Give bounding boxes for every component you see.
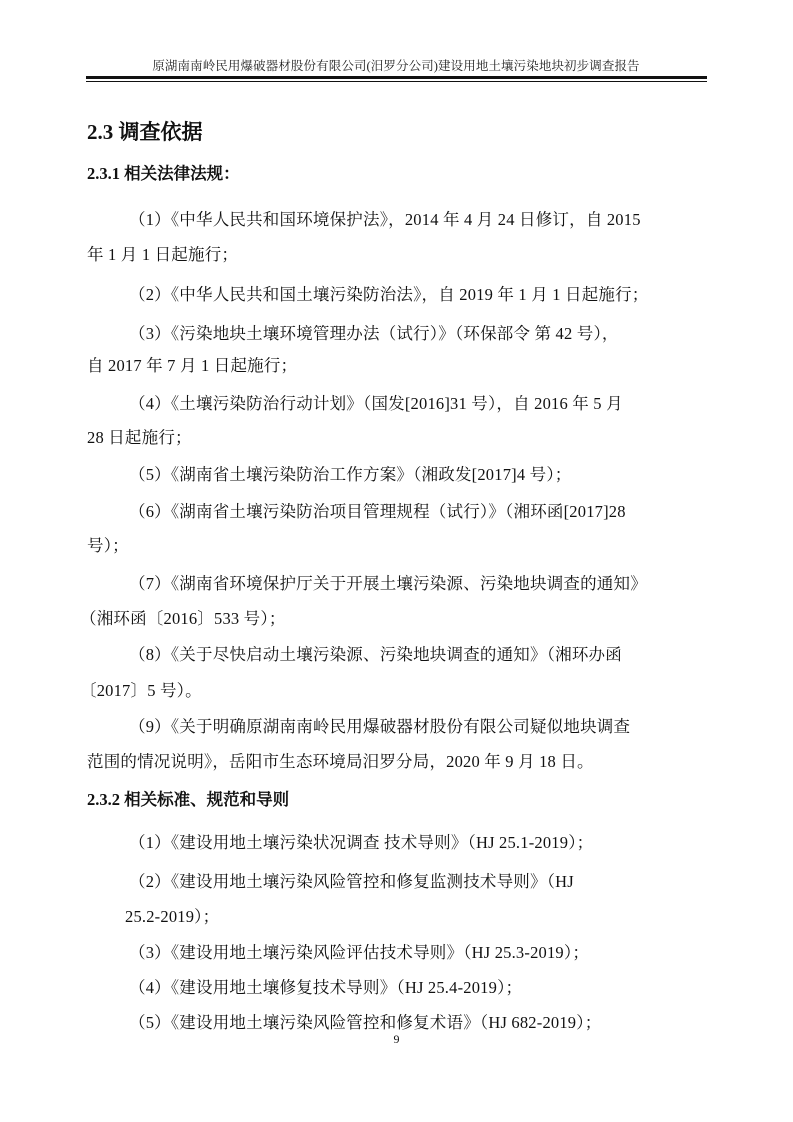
law-item-5: （5）《湖南省土壤污染防治工作方案》（湘政发[2017]4 号）； <box>129 461 571 485</box>
law-item-1-cont: 年 1 月 1 日起施行； <box>87 241 238 265</box>
standard-item-5: （5）《建设用地土壤污染风险管控和修复术语》（HJ 682-2019）； <box>129 1009 601 1033</box>
law-item-4-cont: 28 日起施行； <box>87 424 192 448</box>
law-item-2: （2）《中华人民共和国土壤污染防治法》，自 2019 年 1 月 1 日起施行； <box>129 281 649 305</box>
law-item-3-cont: 自 2017 年 7 月 1 日起施行； <box>87 352 297 376</box>
law-item-9-cont: 范围的情况说明》，岳阳市生态环境局汨罗分局，2020 年 9 月 18 日。 <box>87 748 594 772</box>
header-rule-thick <box>86 76 707 79</box>
standard-item-1: （1）《建设用地土壤污染状况调查 技术导则》（HJ 25.1-2019）； <box>129 829 593 853</box>
law-item-6: （6）《湖南省土壤污染防治项目管理规程（试行）》（湘环函[2017]28 <box>129 498 626 522</box>
subsection-heading-standards: 2.3.2 相关标准、规范和导则 <box>87 786 289 810</box>
page-number: 9 <box>0 1032 793 1047</box>
standard-item-2-cont: 25.2-2019）； <box>125 903 219 927</box>
standard-item-4: （4）《建设用地土壤修复技术导则》（HJ 25.4-2019）； <box>129 974 522 998</box>
law-item-4: （4）《土壤污染防治行动计划》（国发[2016]31 号），自 2016 年 5… <box>129 390 623 414</box>
law-item-1: （1）《中华人民共和国环境保护法》，2014 年 4 月 24 日修订，自 20… <box>129 206 641 230</box>
header-rule-thin <box>86 81 707 82</box>
law-item-3: （3）《污染地块土壤环境管理办法（试行）》（环保部令 第 42 号）， <box>129 320 619 344</box>
law-item-8: （8）《关于尽快启动土壤污染源、污染地块调查的通知》（湘环办函 <box>129 641 622 665</box>
standard-item-3: （3）《建设用地土壤污染风险评估技术导则》（HJ 25.3-2019）； <box>129 939 589 963</box>
law-item-6-cont: 号）； <box>87 532 129 556</box>
running-header: 原湖南南岭民用爆破器材股份有限公司(汨罗分公司)建设用地土壤污染地块初步调查报告 <box>86 56 706 74</box>
standard-item-2: （2）《建设用地土壤污染风险管控和修复监测技术导则》（HJ <box>129 868 574 892</box>
subsection-heading-laws: 2.3.1 相关法律法规： <box>87 160 240 184</box>
law-item-7: （7）《湖南省环境保护厅关于开展土壤污染源、污染地块调查的通知》 <box>129 570 647 594</box>
law-item-8-cont: 〔2017〕5 号）。 <box>80 677 202 701</box>
law-item-7-cont: （湘环函〔2016〕533 号）； <box>80 605 286 629</box>
section-heading: 2.3 调查依据 <box>87 116 203 146</box>
law-item-9: （9）《关于明确原湖南南岭民用爆破器材股份有限公司疑似地块调查 <box>129 713 630 737</box>
